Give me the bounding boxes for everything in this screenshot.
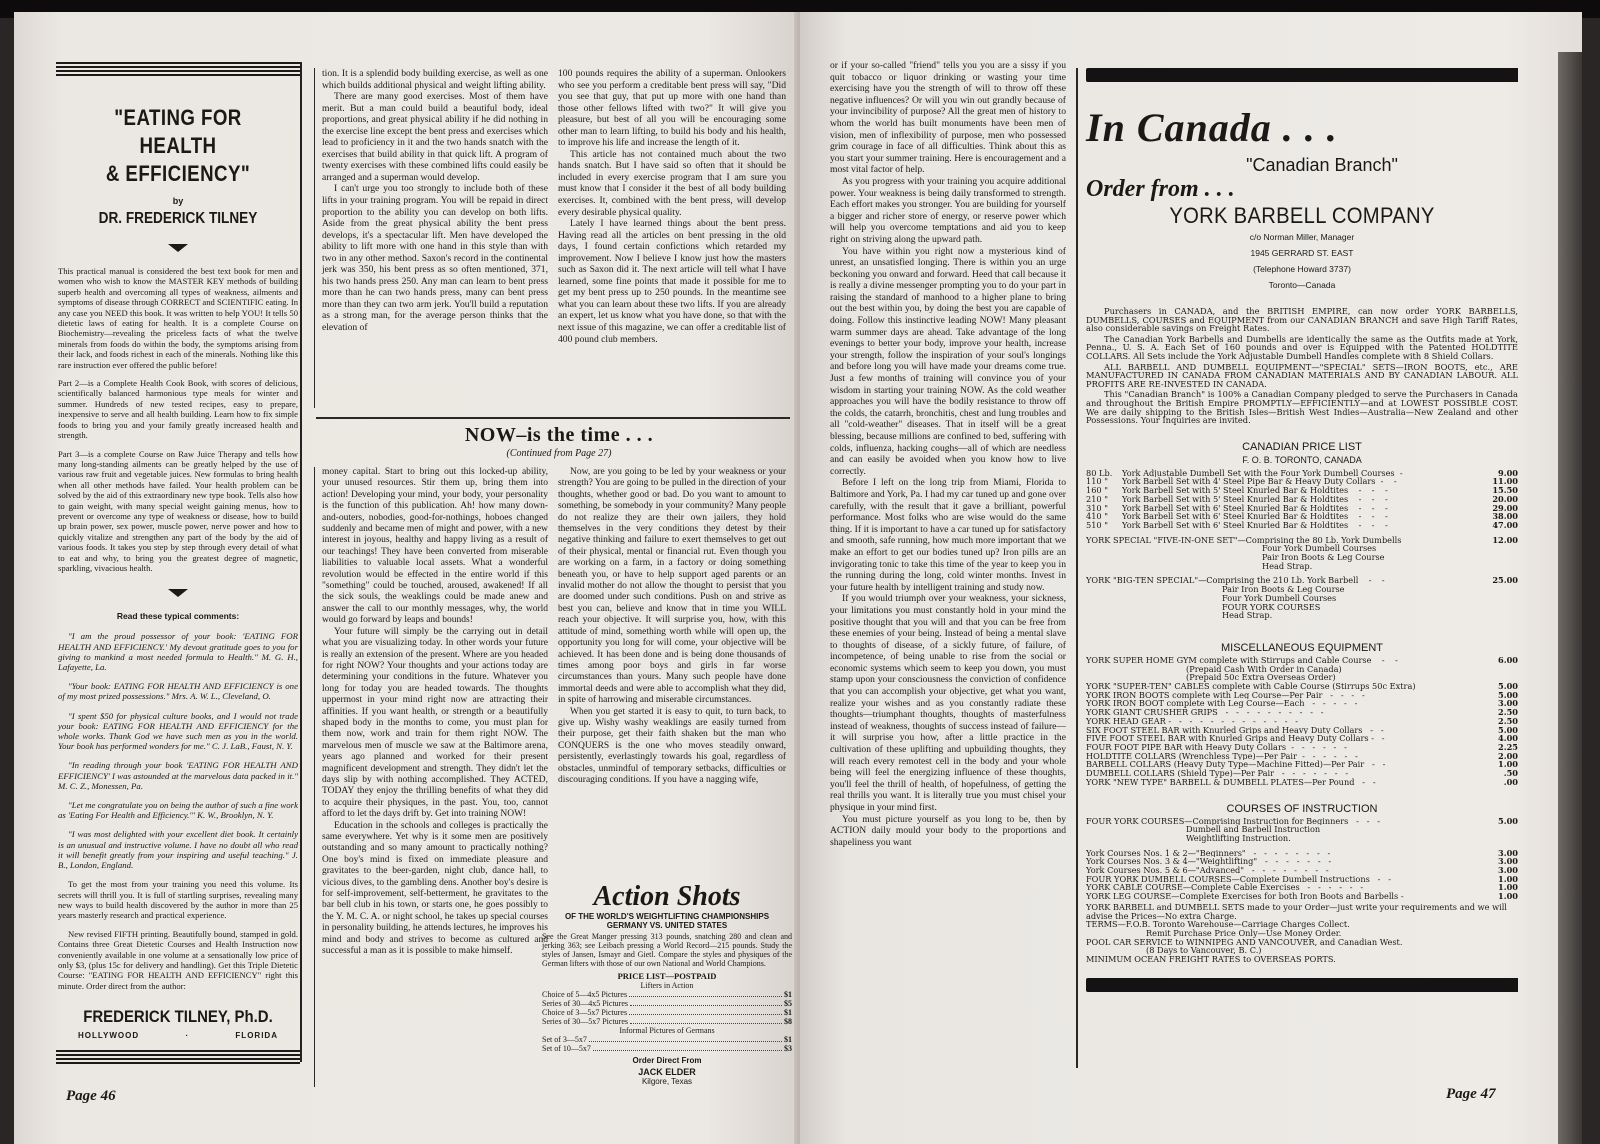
misc-equipment-heading: MISCELLANEOUS EQUIPMENT (1086, 642, 1518, 654)
price-desc: FIVE FOOT STEEL BAR with Knurled Grips a… (1086, 734, 1482, 743)
leader-dots (630, 1017, 782, 1024)
now-column-2: Now, are you going to be led by your wea… (558, 467, 786, 786)
page-46: "EATING FOR HEALTH & EFFICIENCY" by DR. … (14, 12, 800, 1144)
ad-location: HOLLYWOOD · FLORIDA (56, 1027, 300, 1050)
price-desc: York Courses Nos. 5 & 6—"Advanced" - - -… (1086, 866, 1482, 875)
courses-heading: COURSES OF INSTRUCTION (1086, 803, 1518, 815)
barbell-set-price-list: 80 Lb.York Adjustable Dumbell Set with t… (1086, 469, 1518, 530)
magazine-spread: "EATING FOR HEALTH & EFFICIENCY" by DR. … (14, 12, 1582, 1144)
page-edge-shadow (1558, 52, 1582, 1144)
decorative-stripes (56, 1050, 300, 1066)
article-column-2: 100 pounds requires the ability of a sup… (558, 68, 786, 345)
price-desc: York Barbell Set with 6' Steel Knurled B… (1122, 521, 1482, 530)
price-amount: $1 (784, 990, 792, 999)
price-row: Series of 30—5x7 Pictures$8 (542, 1017, 792, 1026)
courses-price-list: FOUR YORK COURSES—Comprising Instruction… (1086, 817, 1518, 901)
order-from: Order from . . . (1086, 176, 1518, 203)
price-subline: Head Strap. (1086, 611, 1518, 620)
price-label: Choice of 3—5x7 Pictures (542, 1008, 627, 1017)
york-barbell-ad: In Canada . . . "Canadian Branch" Order … (1086, 68, 1518, 1068)
price-row: YORK IRON BOOTS complete with Leg Course… (1086, 691, 1518, 700)
price-amount: .00 (1482, 778, 1518, 787)
price-desc: DUMBELL COLLARS (Shield Type)—Per Pair -… (1086, 769, 1482, 778)
decorative-bar (1086, 978, 1518, 992)
company-name: YORK BARBELL COMPANY (1103, 203, 1500, 229)
price-subline: Weightlifting Instruction. (1086, 834, 1518, 843)
company-address: c/o Norman Miller, Manager 1945 GERRARD … (1086, 229, 1518, 293)
price-desc: YORK "NEW TYPE" BARBELL & DUMBELL PLATES… (1086, 778, 1482, 787)
price-desc: York Courses Nos. 1 & 2—"Beginners" - - … (1086, 849, 1482, 858)
price-amount: 1.00 (1482, 892, 1518, 901)
price-desc: YORK "SUPER-TEN" CABLES complete with Ca… (1086, 682, 1482, 691)
ad-footer-terms: YORK BARBELL and DUMBELL SETS made to yo… (1086, 903, 1518, 964)
leader-dots (589, 1035, 782, 1042)
testimonial: "I spent $50 for physical culture books,… (56, 711, 300, 752)
price-subline: Dumbell and Barbell Instruction (1086, 825, 1518, 834)
action-shots-ad: Action Shots OF THE WORLD'S WEIGHTLIFTIN… (542, 882, 792, 1086)
section-rule (316, 417, 790, 419)
price-desc: FOUR FOOT PIPE BAR with Heavy Duty Colla… (1086, 743, 1482, 752)
ad-closing-1: To get the most from your training you n… (56, 879, 300, 921)
ad-by: by (56, 196, 300, 206)
ad-part3: Part 3—is a complete Course on Raw Juice… (56, 449, 300, 574)
price-desc: YORK LEG COURSE—Complete Exercises for b… (1086, 892, 1482, 901)
price-row: YORK GIANT CRUSHER GRIPS - - - - - - - -… (1086, 708, 1518, 717)
price-row: 80 Lb.York Adjustable Dumbell Set with t… (1086, 469, 1518, 478)
price-row: SIX FOOT STEEL BAR with Knurled Grips an… (1086, 726, 1518, 735)
price-row: YORK LEG COURSE—Complete Exercises for b… (1086, 892, 1518, 901)
price-row: York Courses Nos. 5 & 6—"Advanced" - - -… (1086, 866, 1518, 875)
price-amount: $8 (784, 1017, 792, 1026)
price-subline: Head Strap. (1086, 562, 1518, 571)
price-row: DUMBELL COLLARS (Shield Type)—Per Pair -… (1086, 769, 1518, 778)
testimonial: "I was most delighted with your excellen… (56, 829, 300, 870)
price-desc: YORK HEAD GEAR - - - - - - - - - - - - - (1086, 717, 1482, 726)
price-row: YORK "SUPER-TEN" CABLES complete with Ca… (1086, 682, 1518, 691)
price-row: 510 "York Barbell Set with 6' Steel Knur… (1086, 521, 1518, 530)
price-list-heading: CANADIAN PRICE LIST (1086, 441, 1518, 453)
price-row: 210 "York Barbell Set with 5' Steel Knur… (1086, 495, 1518, 504)
decorative-stripes (56, 62, 300, 78)
price-amount: $3 (784, 1044, 792, 1053)
ad-title: "EATING FOR HEALTH & EFFICIENCY" (74, 104, 281, 188)
price-desc: SIX FOOT STEEL BAR with Knurled Grips an… (1086, 726, 1482, 735)
price-label: Series of 30—4x5 Pictures (542, 999, 628, 1008)
price-desc: York Barbell Set with 6' Steel Knurled B… (1122, 504, 1482, 513)
ad-part2: Part 2—is a Complete Health Cook Book, w… (56, 378, 300, 440)
price-row: York Courses Nos. 3 & 4—"Weightlifting" … (1086, 857, 1518, 866)
price-row: Set of 3—5x7$1 (542, 1035, 792, 1044)
price-row: YORK CABLE COURSE—Complete Cable Exercis… (1086, 883, 1518, 892)
price-label: Set of 3—5x7 (542, 1035, 587, 1044)
price-row: YORK "NEW TYPE" BARBELL & DUMBELL PLATES… (1086, 778, 1518, 787)
price-row: YORK HEAD GEAR - - - - - - - - - - - - -… (1086, 717, 1518, 726)
price-desc: YORK GIANT CRUSHER GRIPS - - - - - - - -… (1086, 708, 1482, 717)
price-desc: YORK IRON BOOTS complete with Leg Course… (1086, 691, 1482, 700)
price-desc: York Barbell Set with 5' Steel Knurled B… (1122, 486, 1482, 495)
comments-heading: Read these typical comments: (56, 611, 300, 621)
price-qty: 510 " (1086, 521, 1122, 530)
column-rule (314, 467, 315, 1087)
price-row: Choice of 3—5x7 Pictures$1 (542, 1008, 792, 1017)
article-column-1: tion. It is a splendid body building exe… (322, 68, 548, 334)
price-desc: YORK CABLE COURSE—Complete Cable Exercis… (1086, 883, 1482, 892)
price-desc: HOLDTITE COLLARS (Wrenchless Type)—Per P… (1086, 752, 1482, 761)
price-amount: 12.00 (1482, 536, 1518, 545)
triangle-down-icon (168, 589, 188, 597)
price-row: YORK IRON BOOT complete with Leg Course—… (1086, 699, 1518, 708)
testimonial: "I am the proud possessor of your book: … (56, 631, 300, 672)
price-amount: $5 (784, 999, 792, 1008)
now-article-continued: (Continued from Page 27) (324, 448, 794, 459)
price-desc: York Courses Nos. 3 & 4—"Weightlifting" … (1086, 857, 1482, 866)
leader-dots (629, 990, 782, 997)
price-list-subheading: F. O. B. TORONTO, CANADA (1086, 455, 1518, 465)
price-desc: York Barbell Set with 4' Steel Pipe Bar … (1122, 477, 1482, 486)
leader-dots (593, 1044, 782, 1051)
column-rule (1076, 68, 1078, 1068)
price-desc: BARBELL COLLARS (Heavy Duty Type—Machine… (1086, 760, 1482, 769)
page-number: Page 46 (66, 1088, 116, 1105)
price-desc: York Adjustable Dumbell Set with the Fou… (1122, 469, 1482, 478)
price-row: 110 "York Barbell Set with 4' Steel Pipe… (1086, 477, 1518, 486)
misc-equipment-price-list: YORK SUPER HOME GYM complete with Stirru… (1086, 656, 1518, 787)
price-row: FOUR YORK DUMBELL COURSES—Complete Dumbe… (1086, 875, 1518, 884)
in-canada-headline: In Canada . . . (1086, 104, 1518, 151)
price-label: Choice of 5—4x5 Pictures (542, 990, 627, 999)
price-row: York Courses Nos. 1 & 2—"Beginners" - - … (1086, 849, 1518, 858)
ad-signature: FREDERICK TILNEY, Ph.D. (71, 1007, 286, 1027)
special-sets-price-list: YORK SPECIAL "FIVE-IN-ONE SET"—Comprisin… (1086, 536, 1518, 626)
price-subline: (Prepaid 50c Extra Overseas Order) (1086, 673, 1518, 682)
now-article-title: NOW–is the time . . . (324, 424, 794, 447)
price-desc: YORK IRON BOOT complete with Leg Course—… (1086, 699, 1482, 708)
price-row: Series of 30—4x5 Pictures$5 (542, 999, 792, 1008)
price-row: HOLDTITE COLLARS (Wrenchless Type)—Per P… (1086, 752, 1518, 761)
price-desc: FOUR YORK DUMBELL COURSES—Complete Dumbe… (1086, 875, 1482, 884)
leader-dots (629, 1008, 782, 1015)
testimonial: "In reading through your book 'EATING FO… (56, 760, 300, 791)
price-amount: 25.00 (1482, 576, 1518, 585)
testimonial: "Let me congratulate you on being the au… (56, 800, 300, 820)
price-row: BARBELL COLLARS (Heavy Duty Type—Machine… (1086, 760, 1518, 769)
price-row: 410 "York Barbell Set with 6' Steel Knur… (1086, 512, 1518, 521)
action-price-list-1: Choice of 5—4x5 Pictures$1Series of 30—4… (542, 990, 792, 1026)
price-amount: $1 (784, 1035, 792, 1044)
price-label: Series of 30—5x7 Pictures (542, 1017, 628, 1026)
price-amount: 47.00 (1482, 521, 1518, 530)
decorative-bar (1086, 68, 1518, 82)
article-column-3: or if your so-called "friend" tells you … (830, 60, 1066, 848)
column-rule (314, 68, 315, 408)
price-desc: York Barbell Set with 5' Steel Knurled B… (1122, 495, 1482, 504)
price-row: 310 "York Barbell Set with 6' Steel Knur… (1086, 504, 1518, 513)
price-desc: York Barbell Set with 6' Steel Knurled B… (1122, 512, 1482, 521)
price-row: FIVE FOOT STEEL BAR with Knurled Grips a… (1086, 734, 1518, 743)
price-subline: FOUR YORK COURSES (1086, 603, 1518, 612)
page-number: Page 47 (1446, 1086, 1496, 1103)
price-row: Set of 10—5x7$3 (542, 1044, 792, 1053)
ad-intro: This practical manual is considered the … (56, 266, 300, 370)
canadian-branch: "Canadian Branch" (1086, 155, 1518, 176)
leader-dots (630, 999, 782, 1006)
action-shots-title: Action Shots (542, 882, 792, 912)
price-row: Choice of 5—4x5 Pictures$1 (542, 990, 792, 999)
ad-closing-2: New revised FIFTH printing. Beautifully … (56, 929, 300, 991)
price-amount: $1 (784, 1008, 792, 1017)
now-column-1: money capital. Start to bring out this l… (322, 467, 548, 957)
action-price-list-2: Set of 3—5x7$1Set of 10—5x7$3 (542, 1035, 792, 1053)
price-amount: 5.00 (1482, 817, 1518, 826)
footer-line: MINIMUM OCEAN FREIGHT RATES to OVERSEAS … (1086, 955, 1518, 964)
price-amount: 6.00 (1482, 656, 1518, 665)
tilney-book-ad: "EATING FOR HEALTH & EFFICIENCY" by DR. … (56, 62, 302, 1062)
triangle-down-icon (168, 244, 188, 252)
testimonial: "Your book: EATING FOR HEALTH AND EFFICI… (56, 681, 300, 701)
price-row: FOUR FOOT PIPE BAR with Heavy Duty Colla… (1086, 743, 1518, 752)
price-row: 160 "York Barbell Set with 5' Steel Knur… (1086, 486, 1518, 495)
price-label: Set of 10—5x7 (542, 1044, 591, 1053)
ad-author: DR. FREDERICK TILNEY (74, 210, 281, 228)
footer-line: YORK BARBELL and DUMBELL SETS made to yo… (1086, 903, 1518, 920)
